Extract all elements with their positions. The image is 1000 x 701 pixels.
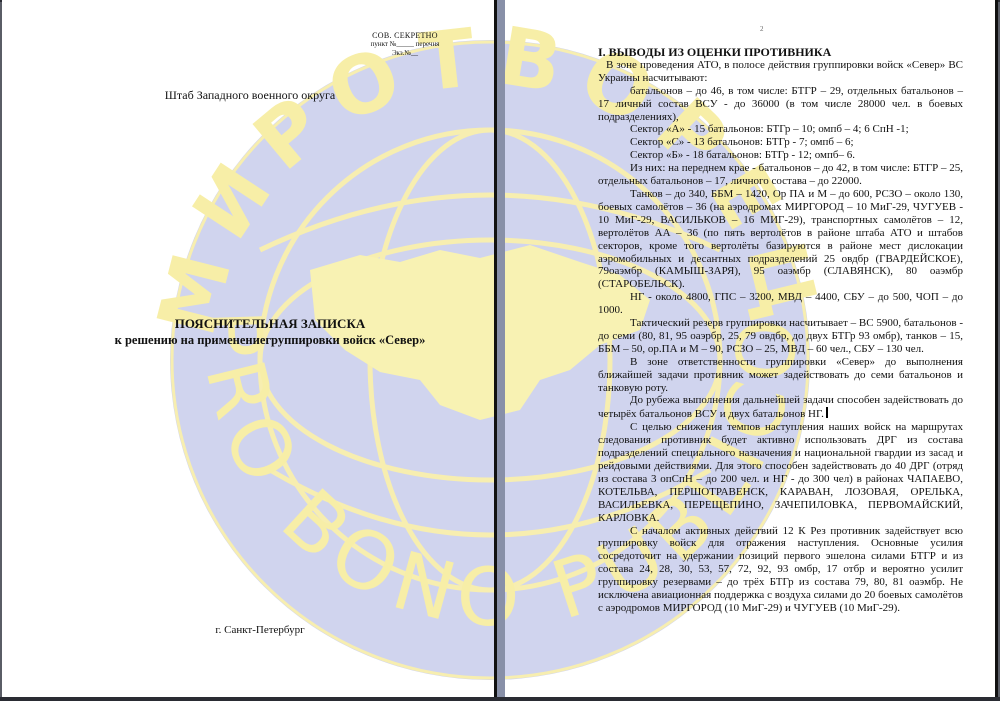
paragraph: Сектор «Б» - 18 батальонов: БТГр - 12; о…	[598, 149, 963, 162]
document-body[interactable]: I. ВЫВОДЫ ИЗ ОЦЕНКИ ПРОТИВНИКА В зоне пр…	[598, 46, 963, 615]
secrecy-stamp: СОВ. СЕКРЕТНО пункт №_____ перечня Экз.№…	[340, 31, 470, 58]
paragraph: батальонов – до 46, в том числе: БТГР – …	[598, 85, 963, 124]
page-gap	[497, 0, 505, 701]
paragraph: Тактический резерв группировки насчитыва…	[598, 317, 963, 356]
paragraph: С целью снижения темпов наступления наши…	[598, 421, 963, 524]
document-title: ПОЯСНИТЕЛЬНАЯ ЗАПИСКА	[80, 315, 460, 332]
document-title-block: ПОЯСНИТЕЛЬНАЯ ЗАПИСКА к решению на приме…	[80, 315, 460, 349]
paragraph: В зоне ответственности группировки «Севе…	[598, 356, 963, 395]
paragraph-with-cursor: До рубежа выполнения дальнейшей задачи с…	[598, 394, 963, 421]
window-bottom-edge	[0, 697, 1000, 701]
paragraph: С началом активных действий 12 К Рез про…	[598, 525, 963, 615]
paragraph: Танков – до 340, ББМ – 1420, Ор ПА и М –…	[598, 188, 963, 291]
paragraph: Из них: на переднем крае - батальонов – …	[598, 162, 963, 188]
list-item-number: пункт №_____ перечня	[340, 40, 470, 49]
headquarters-name: Штаб Западного военного округа	[150, 88, 350, 103]
copy-number: Экз.№__	[340, 49, 470, 58]
paragraph: Сектор «А» - 15 батальонов: БТГр – 10; о…	[598, 123, 963, 136]
page-number: 2	[760, 25, 764, 33]
paragraph: НГ - около 4800, ГПС – 3200, МВД – 4400,…	[598, 291, 963, 317]
section-heading: I. ВЫВОДЫ ИЗ ОЦЕНКИ ПРОТИВНИКА	[598, 46, 963, 59]
paragraph: Сектор «С» - 13 батальонов: БТГр - 7; ом…	[598, 136, 963, 149]
city-line: г. Санкт-Петербург	[190, 624, 330, 636]
classification-label: СОВ. СЕКРЕТНО	[340, 31, 470, 40]
text-cursor	[826, 407, 828, 418]
paragraph: В зоне проведения АТО, в полосе действия…	[598, 59, 963, 85]
paragraph-text: До рубежа выполнения дальнейшей задачи с…	[598, 394, 963, 420]
document-subtitle: к решению на применениегруппировки войск…	[80, 332, 460, 349]
